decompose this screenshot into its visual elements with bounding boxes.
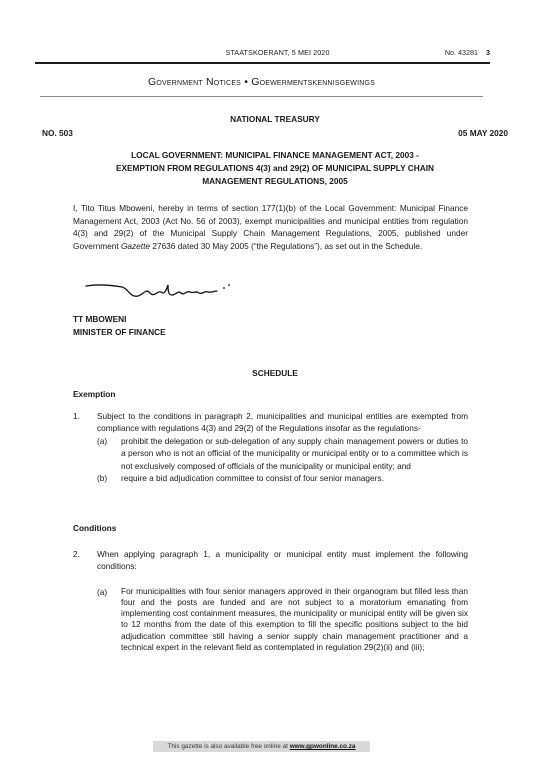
bullet-separator: • (244, 76, 248, 88)
subitem-label: (b) (97, 472, 107, 484)
section-title-word: oewermentskennisgewings (260, 76, 375, 88)
schedule-heading: SCHEDULE (42, 367, 508, 379)
gpwonline-link[interactable]: www.gpwonline.co.za (290, 743, 356, 750)
publication-name: STAATSKOERANT, 5 MEI 2020 (35, 48, 490, 57)
conditions-heading: Conditions (73, 522, 116, 534)
intro-italic: Gazette (121, 241, 150, 251)
issue-number: No. 43281 (445, 48, 478, 57)
section-title: Government Notices • Goewermentskennisge… (40, 76, 483, 88)
footer-text: This gazette is also available free onli… (167, 743, 289, 750)
item-number: 1. (73, 410, 80, 422)
gazette-footer: This gazette is also available free onli… (153, 741, 370, 752)
notice-number: NO. 503 (42, 127, 73, 139)
notice-title-line: MANAGEMENT REGULATIONS, 2005 (42, 175, 508, 188)
signer-name: TT MBOWENI (73, 313, 166, 326)
subitem-text: For municipalities with four senior mana… (121, 586, 468, 653)
section-title-word: overnment (156, 76, 203, 88)
header-rule (35, 62, 490, 64)
section-title-word: otices (214, 76, 241, 88)
subitem-text: prohibit the delegation or sub-delegatio… (121, 435, 468, 472)
subitem-b: (b) require a bid adjudication committee… (97, 472, 468, 484)
issue-info: No. 432813 (445, 48, 490, 57)
schedule-item-2: 2. When applying paragraph 1, a municipa… (73, 548, 468, 653)
item-text: Subject to the conditions in paragraph 2… (97, 410, 468, 435)
signer-title: MINISTER OF FINANCE (73, 326, 166, 339)
notice-date: 05 MAY 2020 (458, 127, 508, 139)
signer-block: TT MBOWENI MINISTER OF FINANCE (73, 313, 166, 339)
section-title-initial: N (206, 76, 214, 88)
section-rule (40, 96, 483, 97)
handwritten-signature-icon (84, 276, 254, 306)
subitem-a: (a) prohibit the delegation or sub-deleg… (97, 435, 468, 472)
subitem-a: (a) For municipalities with four senior … (97, 586, 468, 653)
subitem-label: (a) (97, 435, 107, 447)
section-title-initial: G (251, 76, 259, 88)
item-text: When applying paragraph 1, a municipalit… (97, 548, 468, 573)
page-number: 3 (486, 48, 490, 57)
item-number: 2. (73, 548, 80, 560)
notice-title-line: LOCAL GOVERNMENT: MUNICIPAL FINANCE MANA… (42, 149, 508, 162)
subitem-text: require a bid adjudication committee to … (121, 472, 468, 484)
department-heading: NATIONAL TREASURY (42, 113, 508, 125)
schedule-item-1: 1. Subject to the conditions in paragrap… (73, 410, 468, 484)
notice-title-line: EXEMPTION FROM REGULATIONS 4(3) and 29(2… (42, 162, 508, 175)
notice-title: LOCAL GOVERNMENT: MUNICIPAL FINANCE MANA… (42, 149, 508, 187)
running-header: STAATSKOERANT, 5 MEI 2020 No. 432813 (35, 48, 490, 62)
intro-text: 27636 dated 30 May 2005 (“the Regulation… (150, 241, 422, 251)
subitem-label: (a) (97, 586, 107, 598)
exemption-heading: Exemption (73, 388, 115, 400)
intro-paragraph: I, Tito Titus Mboweni, hereby in terms o… (73, 202, 468, 252)
